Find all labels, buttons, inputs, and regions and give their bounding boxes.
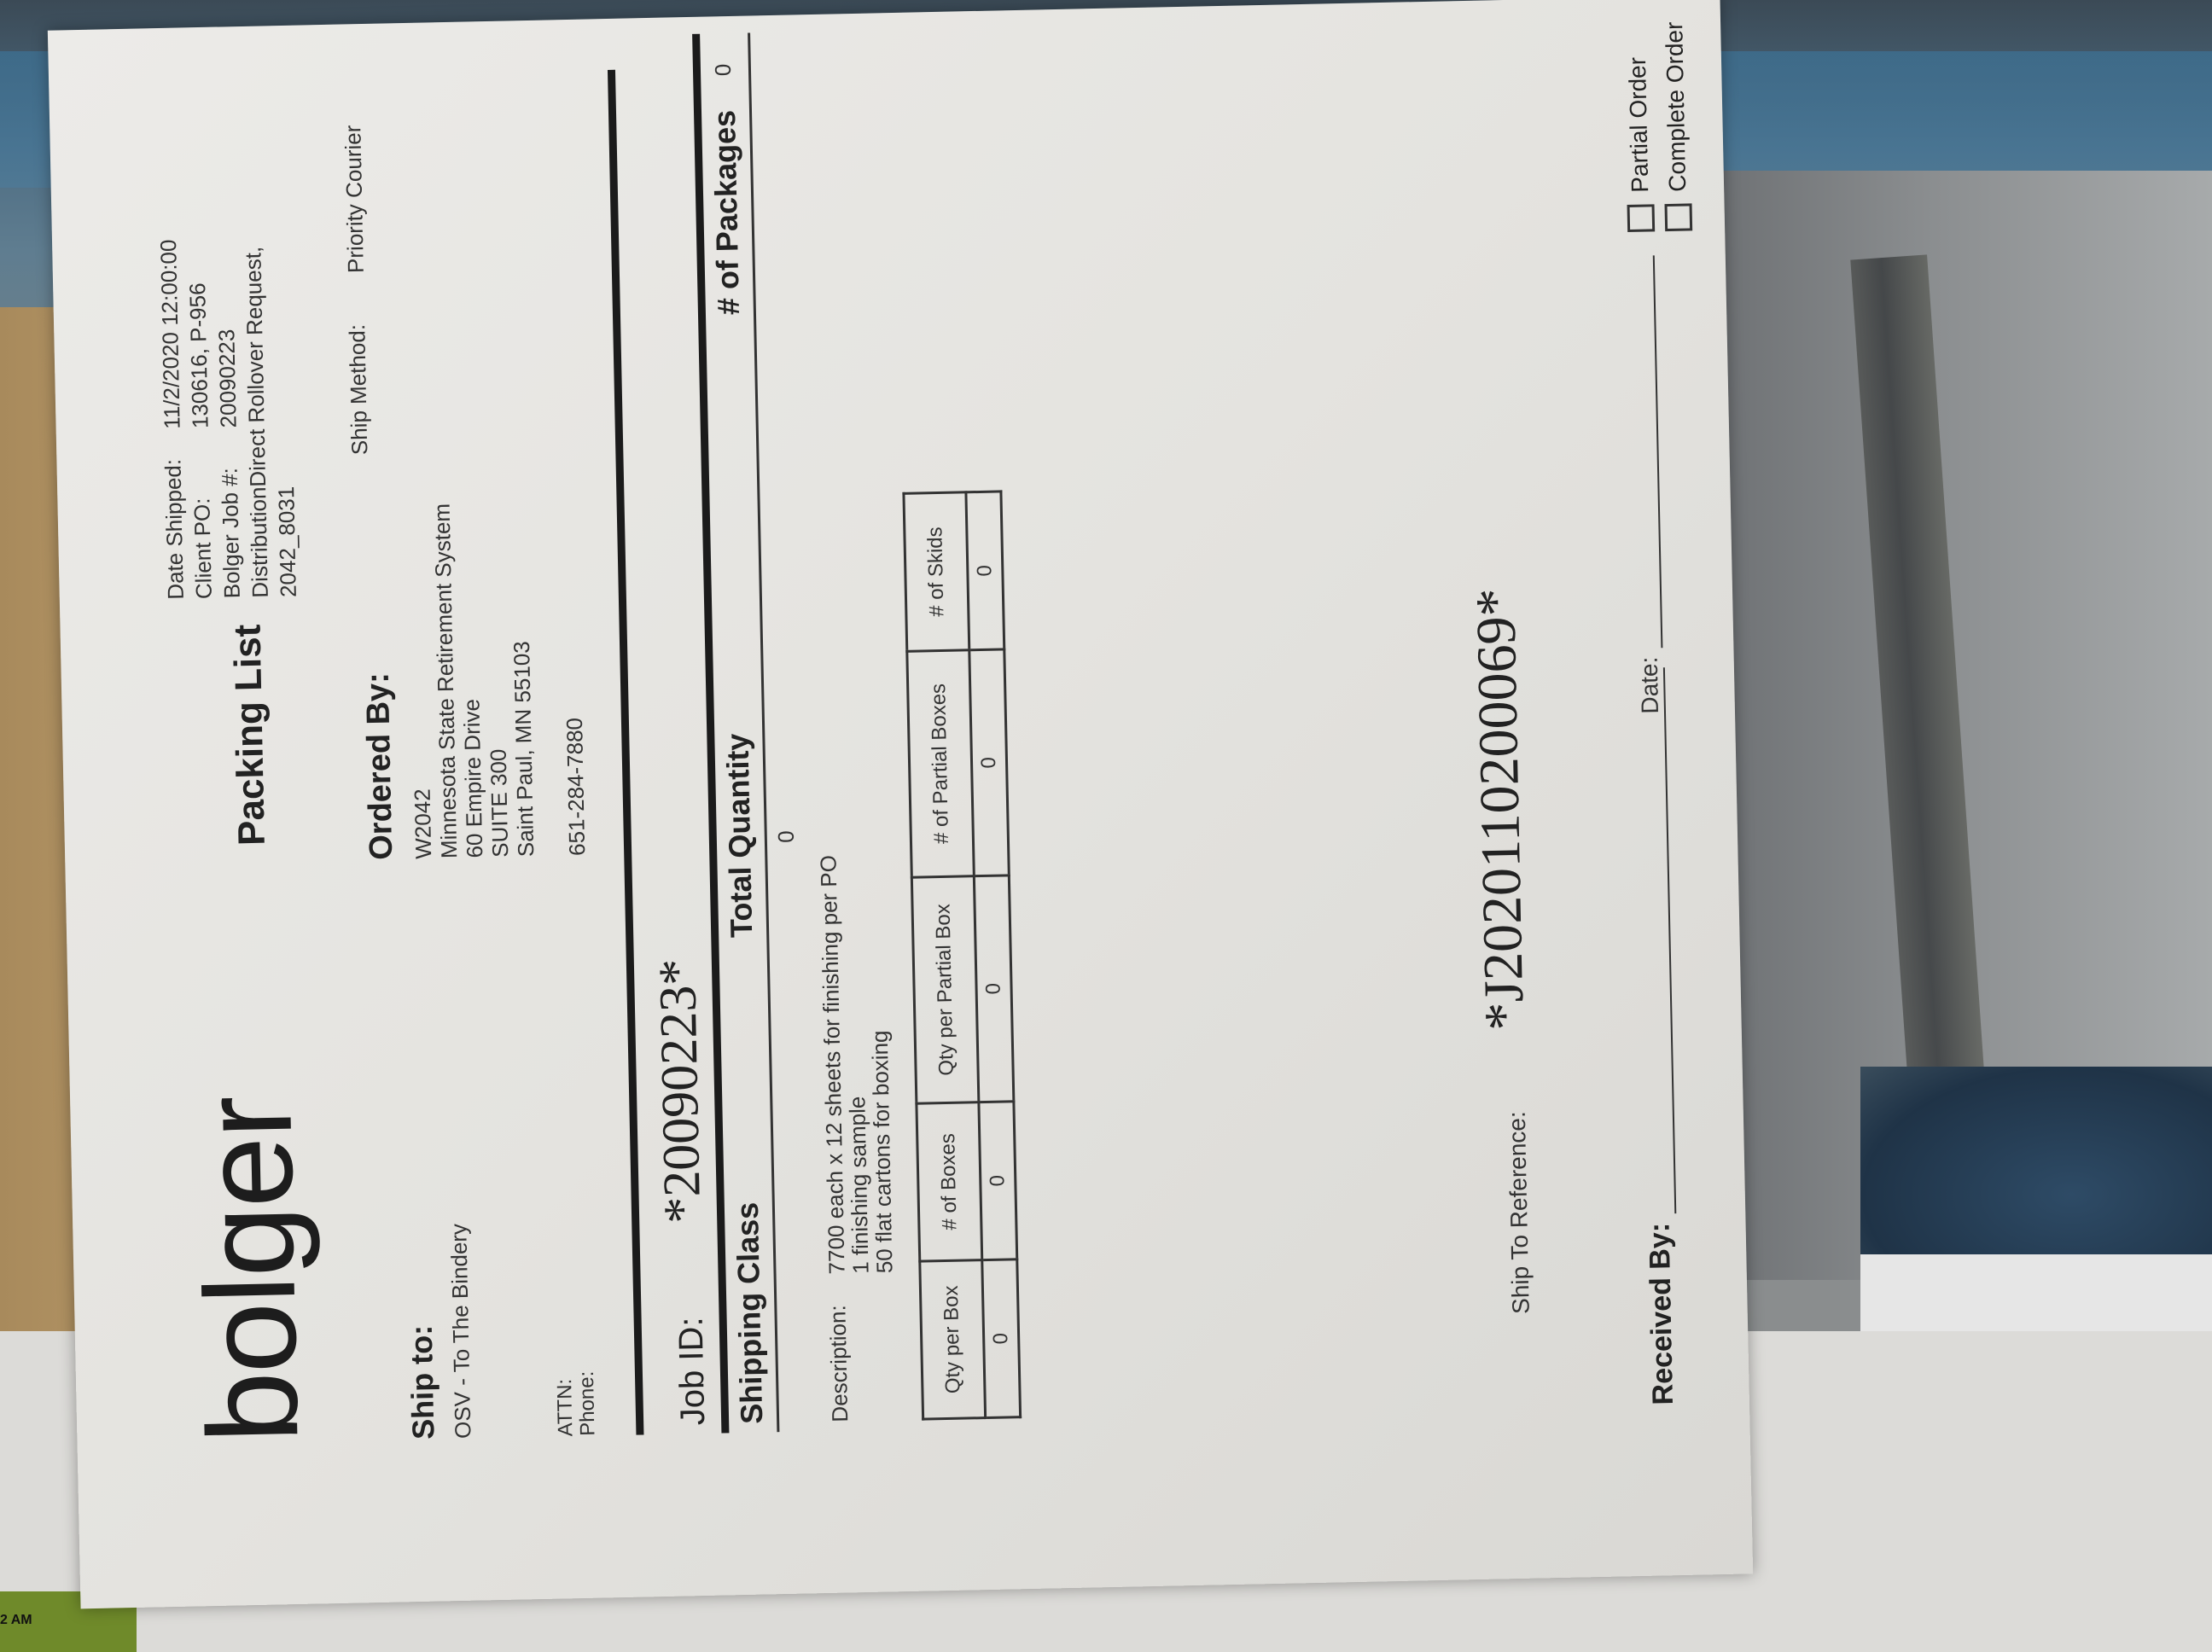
table-cell: 0 — [979, 1102, 1017, 1260]
column-header: Qty per Box — [920, 1260, 986, 1419]
total-quantity-value: 0 — [773, 830, 800, 843]
description-lines: 7700 each x 12 sheets for finishing per … — [816, 854, 896, 1275]
photo-scene: 2 AM bolger Packing List Date Shipped:11… — [0, 0, 2212, 1652]
order-status: Partial Order Complete Order — [1618, 21, 1697, 232]
ordered-by-address: W2042Minnesota State Retirement System60… — [404, 502, 539, 859]
ship-method: Ship Method: Priority Courier — [340, 125, 373, 455]
checkbox[interactable] — [1627, 204, 1656, 232]
corner-label: 2 AM — [0, 1613, 32, 1628]
meta-row: DistributionDirect Rollover Request, 204… — [237, 154, 303, 598]
packing-list-paper: bolger Packing List Date Shipped:11/2/20… — [48, 0, 1753, 1608]
col-shipping-class: Shipping Class — [730, 1201, 770, 1424]
packing-list-sheet: bolger Packing List Date Shipped:11/2/20… — [48, 0, 1753, 1608]
date-signature-line[interactable] — [1653, 255, 1663, 648]
ship-to-block: Ship to: OSV - To The Bindery — [401, 1224, 476, 1440]
column-header: # of Partial Boxes — [907, 650, 975, 877]
ordered-by-block: Ordered By: W2042Minnesota State Retirem… — [357, 501, 591, 861]
column-header: # of Boxes — [917, 1102, 982, 1261]
packing-table: Qty per Box# of BoxesQty per Partial Box… — [902, 490, 1022, 1420]
job-id: Job ID: *20090223* — [648, 958, 718, 1426]
packages-value: 0 — [710, 63, 736, 76]
column-header: Qty per Partial Box — [911, 876, 979, 1103]
table-cell: 0 — [974, 875, 1014, 1102]
description: Description: 7700 each x 12 sheets for f… — [816, 854, 899, 1422]
date-field: Date: — [1627, 255, 1664, 713]
ordered-by-heading: Ordered By: — [357, 504, 401, 860]
received-by: Received By: — [1632, 668, 1680, 1405]
complete-order-option[interactable]: Complete Order — [1656, 21, 1697, 231]
ship-reference: Ship To Reference: *J2020110200069* — [1464, 588, 1544, 1315]
ship-to-heading: Ship to: — [401, 1224, 441, 1440]
checkbox[interactable] — [1665, 203, 1693, 231]
divider — [608, 70, 644, 1435]
shipment-meta: Date Shipped:11/2/2020 12:00:00 Client P… — [153, 154, 303, 600]
ordered-by-phone: 651-284-7880 — [557, 501, 591, 857]
col-total-quantity: Total Quantity — [719, 733, 760, 938]
attn-block: ATTN: Phone: — [554, 1370, 600, 1436]
table-cell: 0 — [969, 649, 1010, 876]
col-packages: # of Packages — [707, 110, 747, 316]
partial-order-option[interactable]: Partial Order — [1618, 22, 1660, 232]
table-cell: 0 — [966, 492, 1004, 650]
brand-logo: bolger — [172, 1096, 327, 1445]
ship-to-name: OSV - To The Bindery — [445, 1224, 476, 1440]
table-cell: 0 — [982, 1259, 1021, 1418]
reference-barcode-text: *J2020110200069* — [1464, 588, 1538, 1032]
document-title: Packing List — [226, 624, 273, 846]
column-header: # of Skids — [904, 492, 969, 651]
received-by-signature-line[interactable] — [1663, 668, 1676, 1214]
